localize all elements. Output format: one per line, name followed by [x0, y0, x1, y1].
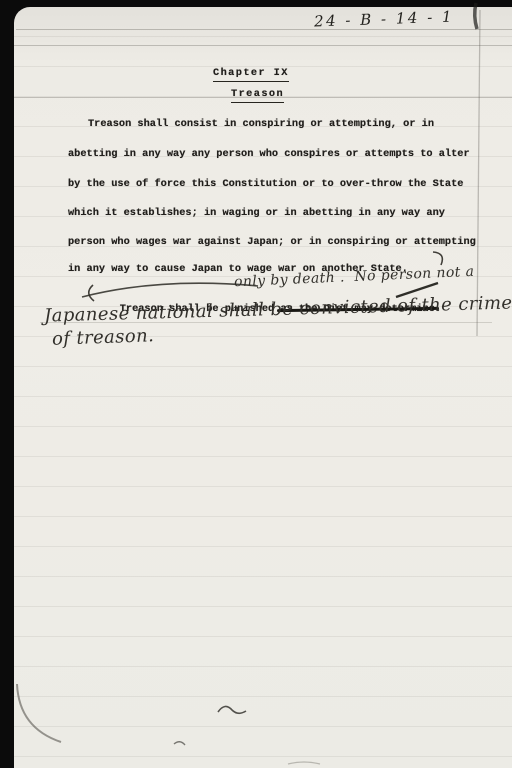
paragraph-line: Treason shall consist in conspiring or a…: [68, 118, 512, 131]
paragraph-line: person who wages war against Japan; or i…: [68, 236, 498, 249]
paragraph-line: which it establishes; in waging or in ab…: [68, 207, 498, 220]
chapter-heading: Chapter IX: [213, 67, 289, 82]
paragraph-line: by the use of force this Constitution or…: [68, 178, 498, 191]
scanned-document-page: 24 - B - 14 - 1 Chapter IX Treason Treas…: [0, 0, 512, 768]
paragraph-line: abetting in any way any person who consp…: [68, 148, 498, 161]
chapter-title: Treason: [231, 88, 284, 103]
handwritten-line: of treason.: [52, 325, 155, 350]
